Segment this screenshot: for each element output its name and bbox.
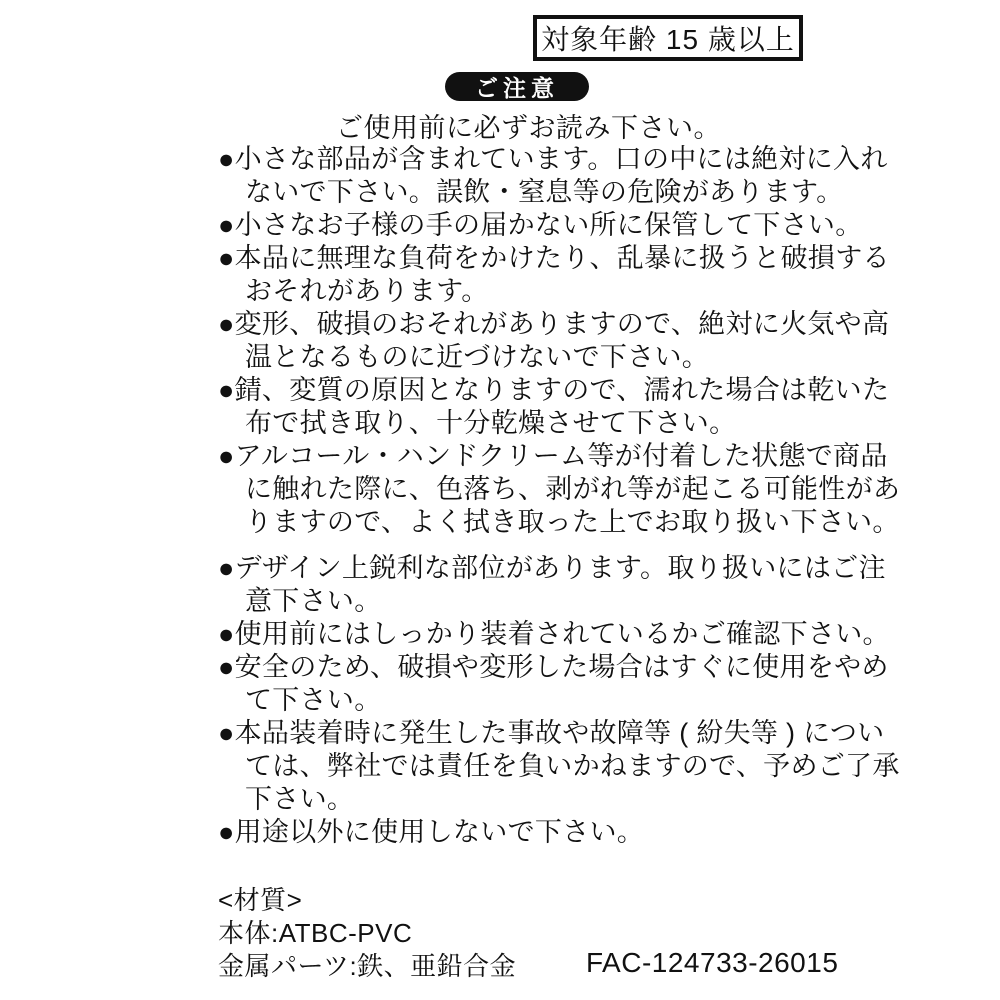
caution-badge-label: ご注意 bbox=[475, 70, 559, 103]
caution-heading: ご使用前に必ずお読み下さい。 bbox=[336, 106, 721, 145]
materials-row-metal: 金属パーツ:鉄、亜鉛合金 bbox=[218, 950, 516, 983]
notice-item: ●アルコール・ハンドクリーム等が付着した状態で商品に触れた際に、色落ち、剥がれ等… bbox=[218, 440, 858, 539]
notice-line: ●本品に無理な負荷をかけたり、乱暴に扱うと破損する bbox=[218, 242, 858, 275]
notice-item: ●使用前にはしっかり装着されているかご確認下さい。 bbox=[218, 618, 858, 651]
notice-line: ●小さなお子様の手の届かない所に保管して下さい。 bbox=[218, 209, 858, 242]
notice-line: ●本品装着時に発生した事故や故障等 ( 紛失等 ) につい bbox=[218, 717, 858, 750]
product-code: FAC-124733-26015 bbox=[586, 947, 838, 979]
notice-line: に触れた際に、色落ち、剥がれ等が起こる可能性があ bbox=[218, 473, 858, 506]
notice-item: ●小さなお子様の手の届かない所に保管して下さい。 bbox=[218, 209, 858, 242]
notice-item: ●小さな部品が含まれています。口の中には絶対に入れないで下さい。誤飲・窒息等の危… bbox=[218, 143, 858, 209]
notice-line: おそれがあります。 bbox=[218, 275, 858, 308]
notice-item: ●変形、破損のおそれがありますので、絶対に火気や高温となるものに近づけないで下さ… bbox=[218, 308, 858, 374]
notice-item: ●錆、変質の原因となりますので、濡れた場合は乾いた布で拭き取り、十分乾燥させて下… bbox=[218, 374, 858, 440]
caution-label-page: 対象年齢 15 歳以上 ご注意 ご使用前に必ずお読み下さい。 ●小さな部品が含ま… bbox=[0, 0, 1000, 1000]
notice-line: ●小さな部品が含まれています。口の中には絶対に入れ bbox=[218, 143, 858, 176]
notice-line: ●安全のため、破損や変形した場合はすぐに使用をやめ bbox=[218, 651, 858, 684]
notice-line: ないで下さい。誤飲・窒息等の危険があります。 bbox=[218, 176, 858, 209]
notice-line: ●デザイン上鋭利な部位があります。取り扱いにはご注 bbox=[218, 552, 858, 585]
notice-item: ●本品に無理な負荷をかけたり、乱暴に扱うと破損するおそれがあります。 bbox=[218, 242, 858, 308]
materials-title: <材質> bbox=[218, 884, 516, 917]
notice-line: ●アルコール・ハンドクリーム等が付着した状態で商品 bbox=[218, 440, 858, 473]
notice-line: て下さい。 bbox=[218, 684, 858, 717]
notice-line: ては、弊社では責任を負いかねますので、予めご了承 bbox=[218, 750, 858, 783]
notice-line: ●変形、破損のおそれがありますので、絶対に火気や高 bbox=[218, 308, 858, 341]
notice-item: ●安全のため、破損や変形した場合はすぐに使用をやめて下さい。 bbox=[218, 651, 858, 717]
notice-line: 温となるものに近づけないで下さい。 bbox=[218, 341, 858, 374]
notice-item: ●デザイン上鋭利な部位があります。取り扱いにはご注意下さい。 bbox=[218, 552, 858, 618]
notice-item: ●本品装着時に発生した事故や故障等 ( 紛失等 ) については、弊社では責任を負… bbox=[218, 717, 858, 816]
notice-item: ●用途以外に使用しないで下さい。 bbox=[218, 816, 858, 849]
notice-line: ●錆、変質の原因となりますので、濡れた場合は乾いた bbox=[218, 374, 858, 407]
age-restriction-box: 対象年齢 15 歳以上 bbox=[533, 15, 803, 61]
materials-section: <材質> 本体:ATBC-PVC 金属パーツ:鉄、亜鉛合金 bbox=[218, 884, 516, 983]
notice-line: ●用途以外に使用しないで下さい。 bbox=[218, 816, 858, 849]
notice-line: 下さい。 bbox=[218, 783, 858, 816]
age-restriction-text: 対象年齢 15 歳以上 bbox=[541, 18, 795, 58]
notice-line: りますので、よく拭き取った上でお取り扱い下さい。 bbox=[218, 506, 858, 539]
caution-badge: ご注意 bbox=[445, 72, 589, 101]
notice-line: 布で拭き取り、十分乾燥させて下さい。 bbox=[218, 407, 858, 440]
notice-line: ●使用前にはしっかり装着されているかご確認下さい。 bbox=[218, 618, 858, 651]
notice-line: 意下さい。 bbox=[218, 585, 858, 618]
materials-row-body: 本体:ATBC-PVC bbox=[218, 917, 516, 950]
notice-list: ●小さな部品が含まれています。口の中には絶対に入れないで下さい。誤飲・窒息等の危… bbox=[218, 143, 858, 849]
